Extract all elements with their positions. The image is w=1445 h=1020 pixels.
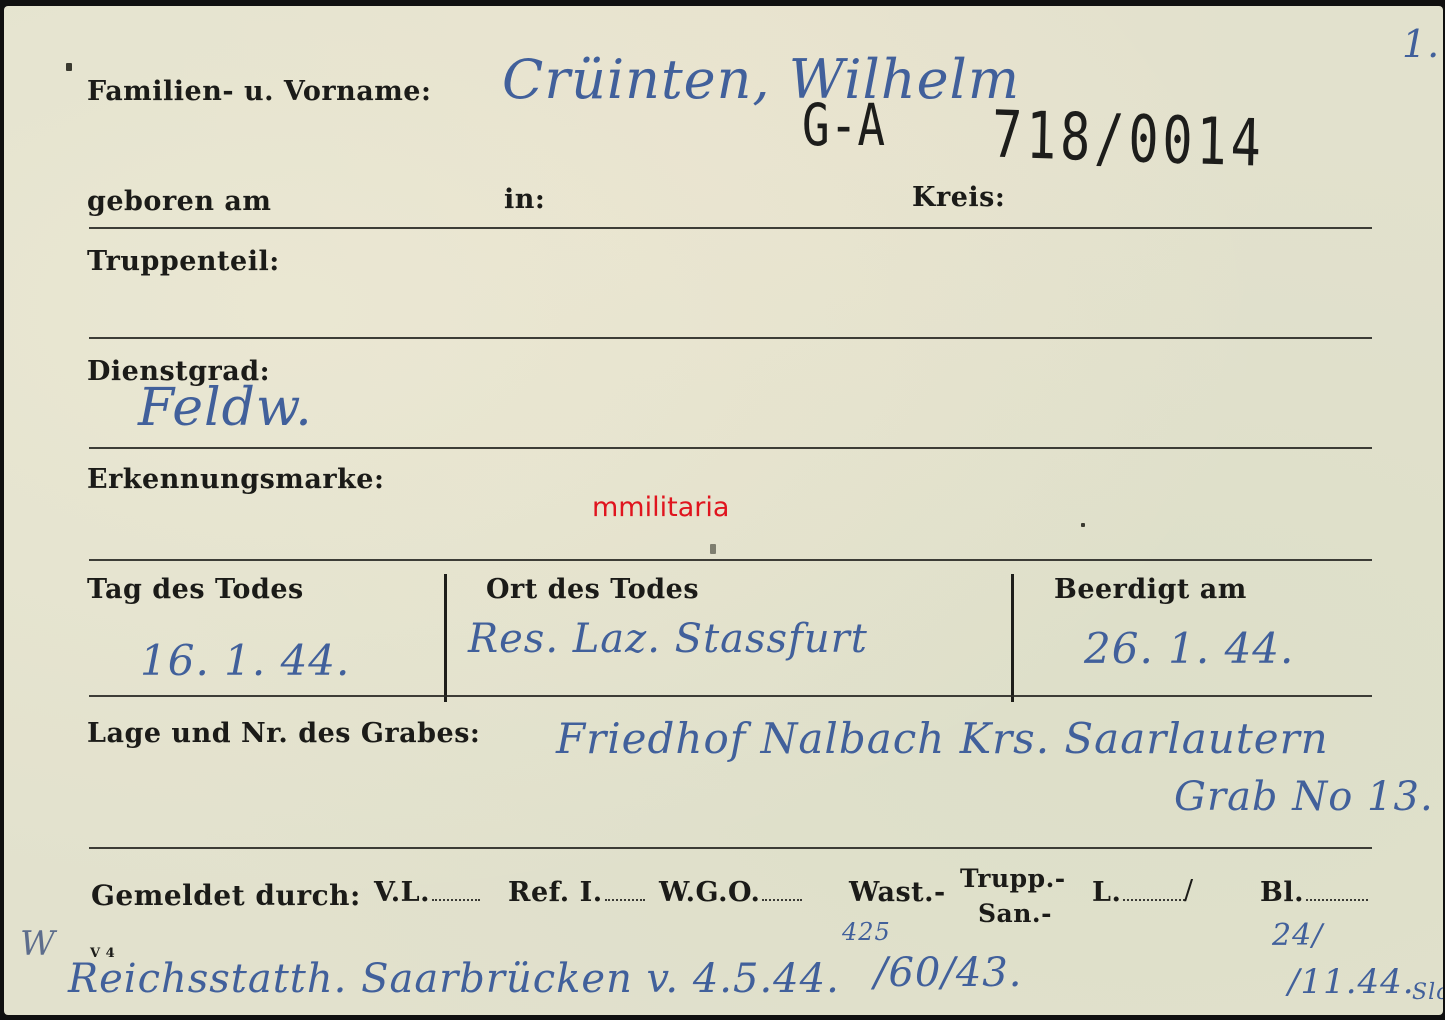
burial-date-label: Beerdigt am	[1054, 574, 1247, 605]
divider-line	[89, 227, 1372, 229]
option-label: Bl.	[1260, 877, 1304, 908]
reporter-value: Reichsstatth. Saarbrücken v. 4.5.44.	[68, 956, 840, 1002]
divider-line	[89, 559, 1372, 561]
divider-line	[89, 847, 1372, 849]
stamp-number: 718/0014	[991, 97, 1265, 182]
stamp-prefix: G-A	[802, 91, 885, 159]
reported-by-option-slash: /	[1184, 875, 1194, 906]
grave-value-line2: Grab No 13.	[1174, 774, 1434, 820]
option-label: V.L.	[374, 877, 430, 908]
column-divider	[444, 574, 447, 702]
watermark: mmilitaria	[592, 492, 729, 523]
rank-value: Feldw.	[138, 378, 313, 438]
reported-by-option-trupp: Trupp.-	[960, 864, 1066, 893]
option-label: W.G.O.	[659, 877, 760, 908]
divider-line	[89, 695, 1372, 697]
wast-ref-bottom: /60/43.	[874, 950, 1022, 996]
ink-fleck	[710, 544, 716, 554]
death-date-label: Tag des Todes	[87, 574, 304, 605]
born-on-label: geboren am	[87, 186, 271, 217]
name-label: Familien- u. Vorname:	[87, 76, 431, 107]
reported-by-option-san: San.-	[978, 899, 1052, 928]
burial-date-value: 26. 1. 44.	[1084, 624, 1294, 673]
unit-label: Truppenteil:	[87, 246, 280, 277]
ink-fleck	[66, 63, 72, 71]
initials: Slo	[1412, 980, 1443, 1005]
divider-line	[89, 337, 1372, 339]
bl-ref-bottom: /11.44.	[1288, 962, 1415, 1002]
id-tag-label: Erkennungsmarke:	[87, 464, 384, 495]
reported-by-label: Gemeldet durch:	[91, 879, 361, 912]
reported-by-option-l: L.	[1092, 877, 1185, 908]
born-in-label: in:	[504, 184, 545, 215]
name-value: Crüinten, Wilhelm	[502, 48, 1020, 111]
grave-value-line1: Friedhof Nalbach Krs. Saarlautern	[556, 714, 1329, 763]
death-place-label: Ort des Todes	[486, 574, 699, 605]
divider-line	[89, 447, 1372, 449]
reported-by-option-ref: Ref. I.	[508, 877, 645, 908]
option-label: Ref. I.	[508, 877, 603, 908]
reported-by-option-wast: Wast.-	[849, 877, 946, 908]
wast-ref-top: 425	[842, 918, 891, 946]
option-label: L.	[1092, 877, 1121, 908]
grave-label: Lage und Nr. des Grabes:	[87, 718, 480, 749]
death-date-value: 16. 1. 44.	[140, 636, 350, 685]
margin-mark: W	[20, 924, 56, 964]
reported-by-option-bl: Bl.	[1260, 877, 1368, 908]
index-card: 1. Familien- u. Vorname: Crüinten, Wilhe…	[4, 6, 1443, 1015]
bl-ref-top: 24/	[1272, 918, 1323, 953]
column-divider	[1011, 574, 1014, 702]
district-label: Kreis:	[912, 182, 1005, 213]
ink-fleck	[1081, 523, 1085, 527]
death-place-value: Res. Laz. Stassfurt	[468, 616, 868, 662]
card-corner-number: 1.	[1402, 22, 1440, 66]
reported-by-option-vl: V.L.	[374, 877, 480, 908]
reported-by-option-wgo: W.G.O.	[659, 877, 802, 908]
